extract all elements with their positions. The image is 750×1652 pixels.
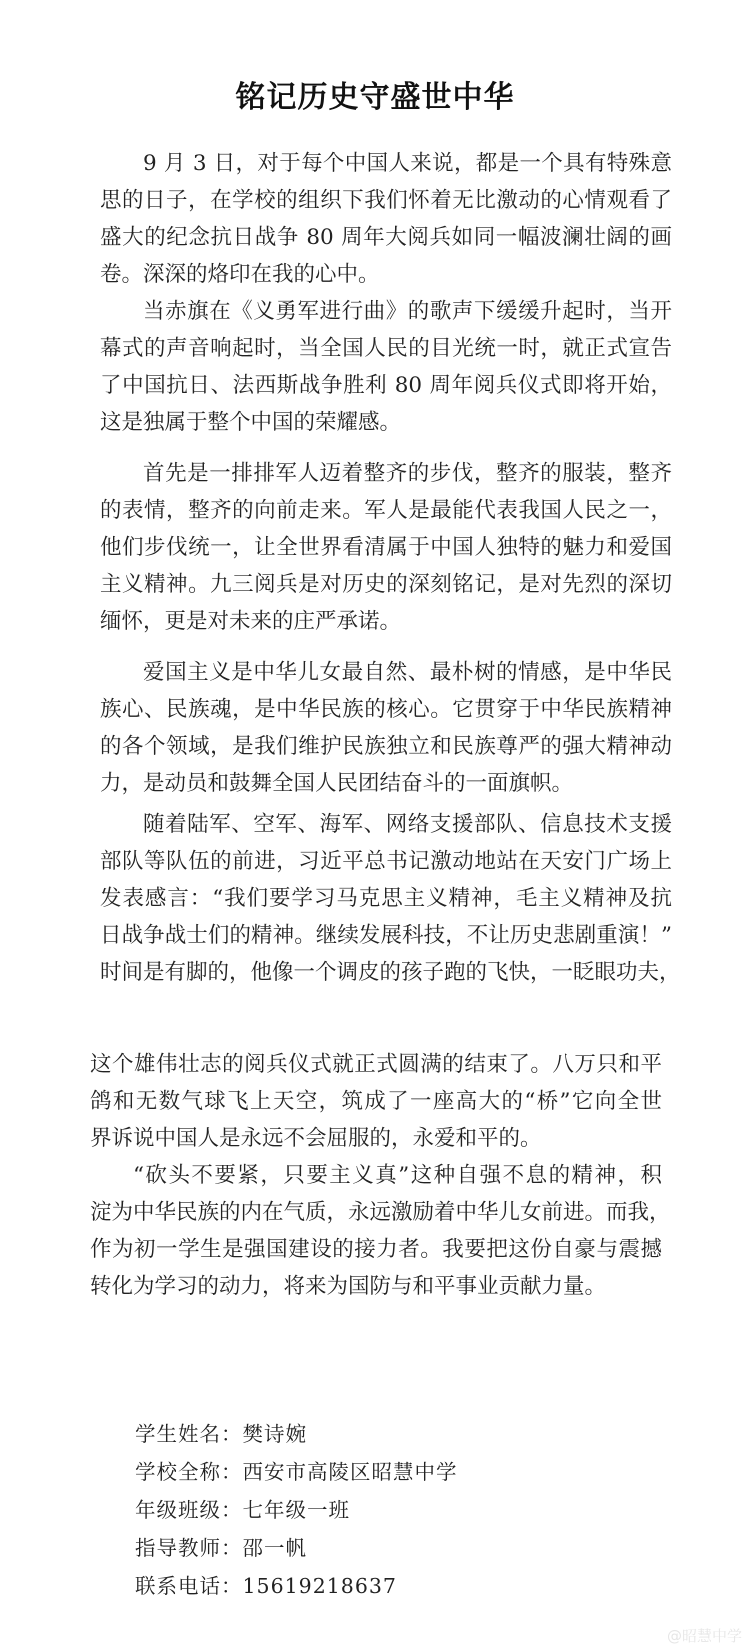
paragraph-line: 了中国抗日、法西斯战争胜利 80 周年阅兵仪式即将开始， — [100, 372, 672, 400]
paragraph-line: 淀为中华民族的内在气质，永远激励着中华儿女前进。而我， — [90, 1199, 662, 1227]
paragraph-line: 的各个领域，是我们维护民族独立和民族尊严的强大精神动 — [100, 733, 672, 761]
info-label: 年级班级： — [135, 1498, 243, 1522]
paragraph-line: 幕式的声音响起时，当全国人民的目光统一时，就正式宣告 — [100, 335, 672, 363]
watermark: @昭慧中学 — [667, 1625, 742, 1646]
info-value: 15619218637 — [243, 1574, 397, 1598]
paragraph-line: 发表感言：“我们要学习马克思主义精神，毛主义精神及抗 — [100, 885, 672, 913]
paragraph-line: 族心、民族魂，是中华民族的核心。它贯穿于中华民族精神 — [100, 696, 672, 724]
info-value: 樊诗婉 — [243, 1422, 308, 1446]
info-label: 学校全称： — [135, 1460, 243, 1484]
paragraph-line: 思的日子，在学校的组织下我们怀着无比激动的心情观看了 — [100, 187, 672, 215]
paragraph-line: 作为初一学生是强国建设的接力者。我要把这份自豪与震撼 — [90, 1236, 662, 1264]
info-value: 七年级一班 — [243, 1498, 351, 1522]
info-school-name: 学校全称：西安市高陵区昭慧中学 — [135, 1458, 458, 1486]
info-label: 联系电话： — [135, 1574, 243, 1598]
paragraph-line: 日战争战士们的精神。继续发展科技，不让历史悲剧重演！” — [100, 922, 672, 950]
paragraph-line: 力，是动员和鼓舞全国人民团结奋斗的一面旗帜。 — [100, 770, 672, 798]
paragraph-line: 9 月 3 日，对于每个中国人来说，都是一个具有特殊意 — [143, 150, 672, 178]
paragraph-line: 盛大的纪念抗日战争 80 周年大阅兵如同一幅波澜壮阔的画 — [100, 224, 672, 252]
paragraph-line: 随着陆军、空军、海军、网络支援部队、信息技术支援 — [143, 811, 672, 839]
info-value: 西安市高陵区昭慧中学 — [243, 1460, 458, 1484]
paragraph-line: 爱国主义是中华儿女最自然、最朴树的情感，是中华民 — [143, 659, 672, 687]
paragraph-line: “砍头不要紧，只要主义真”这种自强不息的精神，积 — [133, 1162, 662, 1190]
paragraph-line: 这个雄伟壮志的阅兵仪式就正式圆满的结束了。八万只和平 — [90, 1051, 662, 1079]
info-label: 学生姓名： — [135, 1422, 243, 1446]
info-teacher: 指导教师：邵一帆 — [135, 1534, 307, 1562]
info-grade-class: 年级班级：七年级一班 — [135, 1496, 350, 1524]
paragraph-line: 他们步伐统一，让全世界看清属于中国人独特的魅力和爱国 — [100, 534, 672, 562]
info-label: 指导教师： — [135, 1536, 243, 1560]
paragraph-line: 的表情，整齐的向前走来。军人是最能代表我国人民之一， — [100, 497, 672, 525]
paragraph-line: 当赤旗在《义勇军进行曲》的歌声下缓缓升起时，当开 — [143, 298, 672, 326]
paragraph-line: 这是独属于整个中国的荣耀感。 — [100, 409, 672, 437]
paragraph-line: 卷。深深的烙印在我的心中。 — [100, 261, 672, 289]
paragraph-line: 鸽和无数气球飞上天空，筑成了一座高大的“桥”它向全世 — [90, 1088, 662, 1116]
paragraph-line: 首先是一排排军人迈着整齐的步伐，整齐的服装，整齐 — [143, 460, 672, 488]
info-student-name: 学生姓名：樊诗婉 — [135, 1420, 307, 1448]
paragraph-line: 主义精神。九三阅兵是对历史的深刻铭记，是对先烈的深切 — [100, 571, 672, 599]
paragraph-line: 时间是有脚的，他像一个调皮的孩子跑的飞快，一眨眼功夫， — [100, 959, 672, 987]
info-value: 邵一帆 — [243, 1536, 308, 1560]
paragraph-line: 缅怀，更是对未来的庄严承诺。 — [100, 608, 672, 636]
info-phone: 联系电话：15619218637 — [135, 1572, 397, 1600]
document-title: 铭记历史守盛世中华 — [0, 72, 750, 116]
paragraph-line: 转化为学习的动力，将来为国防与和平事业贡献力量。 — [90, 1273, 662, 1301]
paragraph-line: 部队等队伍的前进，习近平总书记激动地站在天安门广场上 — [100, 848, 672, 876]
paragraph-line: 界诉说中国人是永远不会屈服的，永爱和平的。 — [90, 1125, 662, 1153]
